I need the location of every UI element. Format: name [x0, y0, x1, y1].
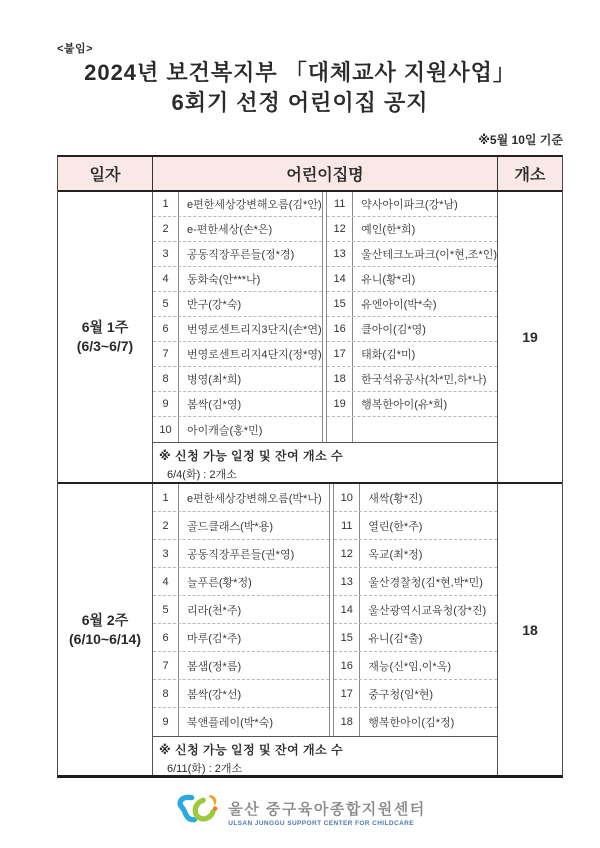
- center-number: 2: [153, 217, 179, 241]
- center-name: 공동직장푸른들(권*영): [179, 540, 329, 567]
- center-name: 유니(김*출): [360, 624, 497, 651]
- center-name: 새싹(황*진): [360, 484, 497, 511]
- center-name: 번영로센트리지3단지(손*연): [179, 317, 322, 341]
- week1-note-title: ※ 신청 가능 일정 및 잔여 개소 수: [159, 447, 491, 464]
- week1-left-list: 1e편한세상강변해오름(김*안)2e-편한세상(손*은)3공동직장푸른들(정*경…: [153, 192, 323, 442]
- week1-date-cell: 6월 1주 (6/3~6/7): [58, 192, 153, 482]
- center-number: 15: [327, 292, 353, 316]
- center-number: 17: [334, 680, 360, 707]
- center-row: 17중구청(임*현): [334, 680, 497, 708]
- center-number: 9: [153, 392, 179, 416]
- center-logo-icon: [174, 792, 220, 833]
- week1-right-list: 11약사아이파크(강*남)12예인(한*희)13울산테크노파크(이*현,조*인)…: [326, 192, 497, 442]
- center-number: 4: [153, 267, 179, 291]
- center-row: 18한국석유공사(차*민,하*나): [327, 367, 497, 392]
- center-row: 13울산테크노파크(이*현,조*인): [327, 242, 497, 267]
- center-number: 7: [153, 652, 179, 679]
- center-name: 클아이(김*영): [353, 317, 497, 341]
- week2-range: (6/10~6/14): [69, 630, 141, 649]
- week2-count: 18: [498, 484, 562, 775]
- center-number: 10: [334, 484, 360, 511]
- center-row: 12옥교(최*정): [334, 540, 497, 568]
- page-title: 2024년 보건복지부 「대체교사 지원사업」 6회기 선정 어린이집 공지: [0, 58, 600, 118]
- org-name-english: ULSAN JUNGGU SUPPORT CENTER FOR CHILDCAR…: [228, 820, 426, 827]
- center-name: [353, 417, 497, 442]
- center-number: 4: [153, 568, 179, 595]
- attachment-label: <붙임>: [57, 40, 93, 56]
- week2-note-detail: 6/11(화) : 2개소: [159, 760, 491, 776]
- center-name: e편한세상강변해오름(박*나): [179, 484, 329, 511]
- center-name: 약사아이파크(강*남): [353, 192, 497, 216]
- center-name: 번영로센트리지4단지(정*영): [179, 342, 322, 366]
- page-title-line1: 2024년 보건복지부 「대체교사 지원사업」: [0, 58, 600, 88]
- center-name: 늘푸른(황*정): [179, 568, 329, 595]
- center-row: 6번영로센트리지3단지(손*연): [153, 317, 322, 342]
- week2-note-title: ※ 신청 가능 일정 및 잔여 개소 수: [159, 741, 491, 758]
- center-number: 6: [153, 317, 179, 341]
- week2-name-grid: 1e편한세상강변해오름(박*나)2골드클래스(박*용)3공동직장푸른들(권*영)…: [153, 484, 497, 736]
- center-number: 10: [153, 417, 179, 442]
- week1-label: 6월 1주: [82, 318, 129, 337]
- header-count: 개소: [498, 157, 562, 190]
- center-number: 12: [327, 217, 353, 241]
- center-name: 옥교(최*정): [360, 540, 497, 567]
- center-row: 3공동직장푸른들(정*경): [153, 242, 322, 267]
- reference-date: ※5월 10일 기준: [478, 131, 563, 148]
- center-row: 10새싹(황*진): [334, 484, 497, 512]
- center-name: 중구청(임*현): [360, 680, 497, 707]
- center-number: 3: [153, 242, 179, 266]
- header-name: 어린이집명: [153, 157, 498, 190]
- center-row: 2e-편한세상(손*은): [153, 217, 322, 242]
- center-row: 16재능(신*임,이*옥): [334, 652, 497, 680]
- center-number: 14: [334, 596, 360, 623]
- center-number: 5: [153, 292, 179, 316]
- center-name: 울산경찰청(김*현,박*민): [360, 568, 497, 595]
- center-row: 15유니(김*출): [334, 624, 497, 652]
- center-number: 12: [334, 540, 360, 567]
- center-number: 3: [153, 540, 179, 567]
- center-number: 1: [153, 192, 179, 216]
- week2-date-cell: 6월 2주 (6/10~6/14): [58, 484, 153, 775]
- center-name: 병영(최*희): [179, 367, 322, 391]
- center-row: 11열린(한*주): [334, 512, 497, 540]
- center-number: 17: [327, 342, 353, 366]
- center-number: 7: [153, 342, 179, 366]
- org-name-block: 울산 중구육아종합지원센터 ULSAN JUNGGU SUPPORT CENTE…: [228, 798, 426, 827]
- center-row: 9봄싹(김*영): [153, 392, 322, 417]
- center-number: 9: [153, 708, 179, 736]
- page-title-line2: 6회기 선정 어린이집 공지: [0, 88, 600, 118]
- table-header-row: 일자 어린이집명 개소: [58, 157, 562, 192]
- center-number: 8: [153, 680, 179, 707]
- center-row: 5반구(강*숙): [153, 292, 322, 317]
- center-row: 13울산경찰청(김*현,박*민): [334, 568, 497, 596]
- center-number: 8: [153, 367, 179, 391]
- center-number: 11: [327, 192, 353, 216]
- center-name: 리라(천*주): [179, 596, 329, 623]
- center-name: 유니(황*리): [353, 267, 497, 291]
- center-name: 울산광역시교육청(장*진): [360, 596, 497, 623]
- center-name: 동화숙(안***나): [179, 267, 322, 291]
- center-number: 1: [153, 484, 179, 511]
- center-name: 마루(김*주): [179, 624, 329, 651]
- center-number: 15: [334, 624, 360, 651]
- center-row: 12예인(한*희): [327, 217, 497, 242]
- center-number: 16: [327, 317, 353, 341]
- week2-right-list: 10새싹(황*진)11열린(한*주)12옥교(최*정)13울산경찰청(김*현,박…: [333, 484, 497, 736]
- center-name: 재능(신*임,이*옥): [360, 652, 497, 679]
- document-page: <붙임> 2024년 보건복지부 「대체교사 지원사업」 6회기 선정 어린이집…: [0, 0, 600, 848]
- center-row: 7봄샘(정*름): [153, 652, 329, 680]
- center-name: e편한세상강변해오름(김*안): [179, 192, 322, 216]
- header-date: 일자: [58, 157, 153, 190]
- center-row: 14울산광역시교육청(장*진): [334, 596, 497, 624]
- center-row: 7번영로센트리지4단지(정*영): [153, 342, 322, 367]
- center-name: 행복한아이(김*정): [360, 708, 497, 736]
- center-row: 3공동직장푸른들(권*영): [153, 540, 329, 568]
- notice-table: 일자 어린이집명 개소 6월 1주 (6/3~6/7) 1e편한세상강변해오름(…: [57, 155, 563, 778]
- org-name-korean: 울산 중구육아종합지원센터: [228, 798, 426, 819]
- section-week1: 6월 1주 (6/3~6/7) 1e편한세상강변해오름(김*안)2e-편한세상(…: [58, 192, 562, 484]
- center-row: 8봄싹(강*선): [153, 680, 329, 708]
- center-row: 18행복한아이(김*정): [334, 708, 497, 736]
- center-name: 골드클래스(박*용): [179, 512, 329, 539]
- week2-left-list: 1e편한세상강변해오름(박*나)2골드클래스(박*용)3공동직장푸른들(권*영)…: [153, 484, 330, 736]
- week1-names-cell: 1e편한세상강변해오름(김*안)2e-편한세상(손*은)3공동직장푸른들(정*경…: [153, 192, 498, 482]
- center-row: 2골드클래스(박*용): [153, 512, 329, 540]
- week1-note-detail: 6/4(화) : 2개소: [159, 466, 491, 482]
- center-number: 13: [334, 568, 360, 595]
- center-number: 5: [153, 596, 179, 623]
- center-row: 14유니(황*리): [327, 267, 497, 292]
- center-name: 열린(한*주): [360, 512, 497, 539]
- center-row: 17태화(김*미): [327, 342, 497, 367]
- week1-range: (6/3~6/7): [77, 337, 133, 356]
- center-name: 봄싹(김*영): [179, 392, 322, 416]
- center-row: 16클아이(김*영): [327, 317, 497, 342]
- center-row: 4늘푸른(황*정): [153, 568, 329, 596]
- footer: 울산 중구육아종합지원센터 ULSAN JUNGGU SUPPORT CENTE…: [0, 792, 600, 833]
- center-row: 1e편한세상강변해오름(김*안): [153, 192, 322, 217]
- center-row: 19행복한아이(유*희): [327, 392, 497, 417]
- center-number: 19: [327, 392, 353, 416]
- center-name: 유엔아이(박*숙): [353, 292, 497, 316]
- center-row: 5리라(천*주): [153, 596, 329, 624]
- center-number: [327, 417, 353, 442]
- center-name: 반구(강*숙): [179, 292, 322, 316]
- center-row: 1e편한세상강변해오름(박*나): [153, 484, 329, 512]
- week2-names-cell: 1e편한세상강변해오름(박*나)2골드클래스(박*용)3공동직장푸른들(권*영)…: [153, 484, 498, 775]
- center-number: 18: [327, 367, 353, 391]
- week1-name-grid: 1e편한세상강변해오름(김*안)2e-편한세상(손*은)3공동직장푸른들(정*경…: [153, 192, 497, 442]
- center-number: 16: [334, 652, 360, 679]
- center-number: 14: [327, 267, 353, 291]
- center-name: 봄샘(정*름): [179, 652, 329, 679]
- center-row: 11약사아이파크(강*남): [327, 192, 497, 217]
- center-name: 예인(한*희): [353, 217, 497, 241]
- week1-note: ※ 신청 가능 일정 및 잔여 개소 수 6/4(화) : 2개소: [153, 442, 497, 482]
- center-number: 13: [327, 242, 353, 266]
- center-name: 울산테크노파크(이*현,조*인): [353, 242, 497, 266]
- center-number: 18: [334, 708, 360, 736]
- center-name: e-편한세상(손*은): [179, 217, 322, 241]
- section-week2: 6월 2주 (6/10~6/14) 1e편한세상강변해오름(박*나)2골드클래스…: [58, 484, 562, 775]
- center-row: 15유엔아이(박*숙): [327, 292, 497, 317]
- center-number: 11: [334, 512, 360, 539]
- center-name: 북앤플레이(박*숙): [179, 708, 329, 736]
- center-name: 한국석유공사(차*민,하*나): [353, 367, 497, 391]
- center-name: 태화(김*미): [353, 342, 497, 366]
- center-number: 2: [153, 512, 179, 539]
- center-number: 6: [153, 624, 179, 651]
- week2-label: 6월 2주: [82, 611, 129, 630]
- center-name: 봄싹(강*선): [179, 680, 329, 707]
- center-row: 6마루(김*주): [153, 624, 329, 652]
- center-row: 4동화숙(안***나): [153, 267, 322, 292]
- center-name: 아이캐슬(홍*민): [179, 417, 322, 442]
- center-row: 9북앤플레이(박*숙): [153, 708, 329, 736]
- center-row: 10아이캐슬(홍*민): [153, 417, 322, 442]
- center-name: 행복한아이(유*희): [353, 392, 497, 416]
- week2-note: ※ 신청 가능 일정 및 잔여 개소 수 6/11(화) : 2개소: [153, 736, 497, 775]
- center-row: [327, 417, 497, 442]
- week1-count: 19: [498, 192, 562, 482]
- center-name: 공동직장푸른들(정*경): [179, 242, 322, 266]
- center-row: 8병영(최*희): [153, 367, 322, 392]
